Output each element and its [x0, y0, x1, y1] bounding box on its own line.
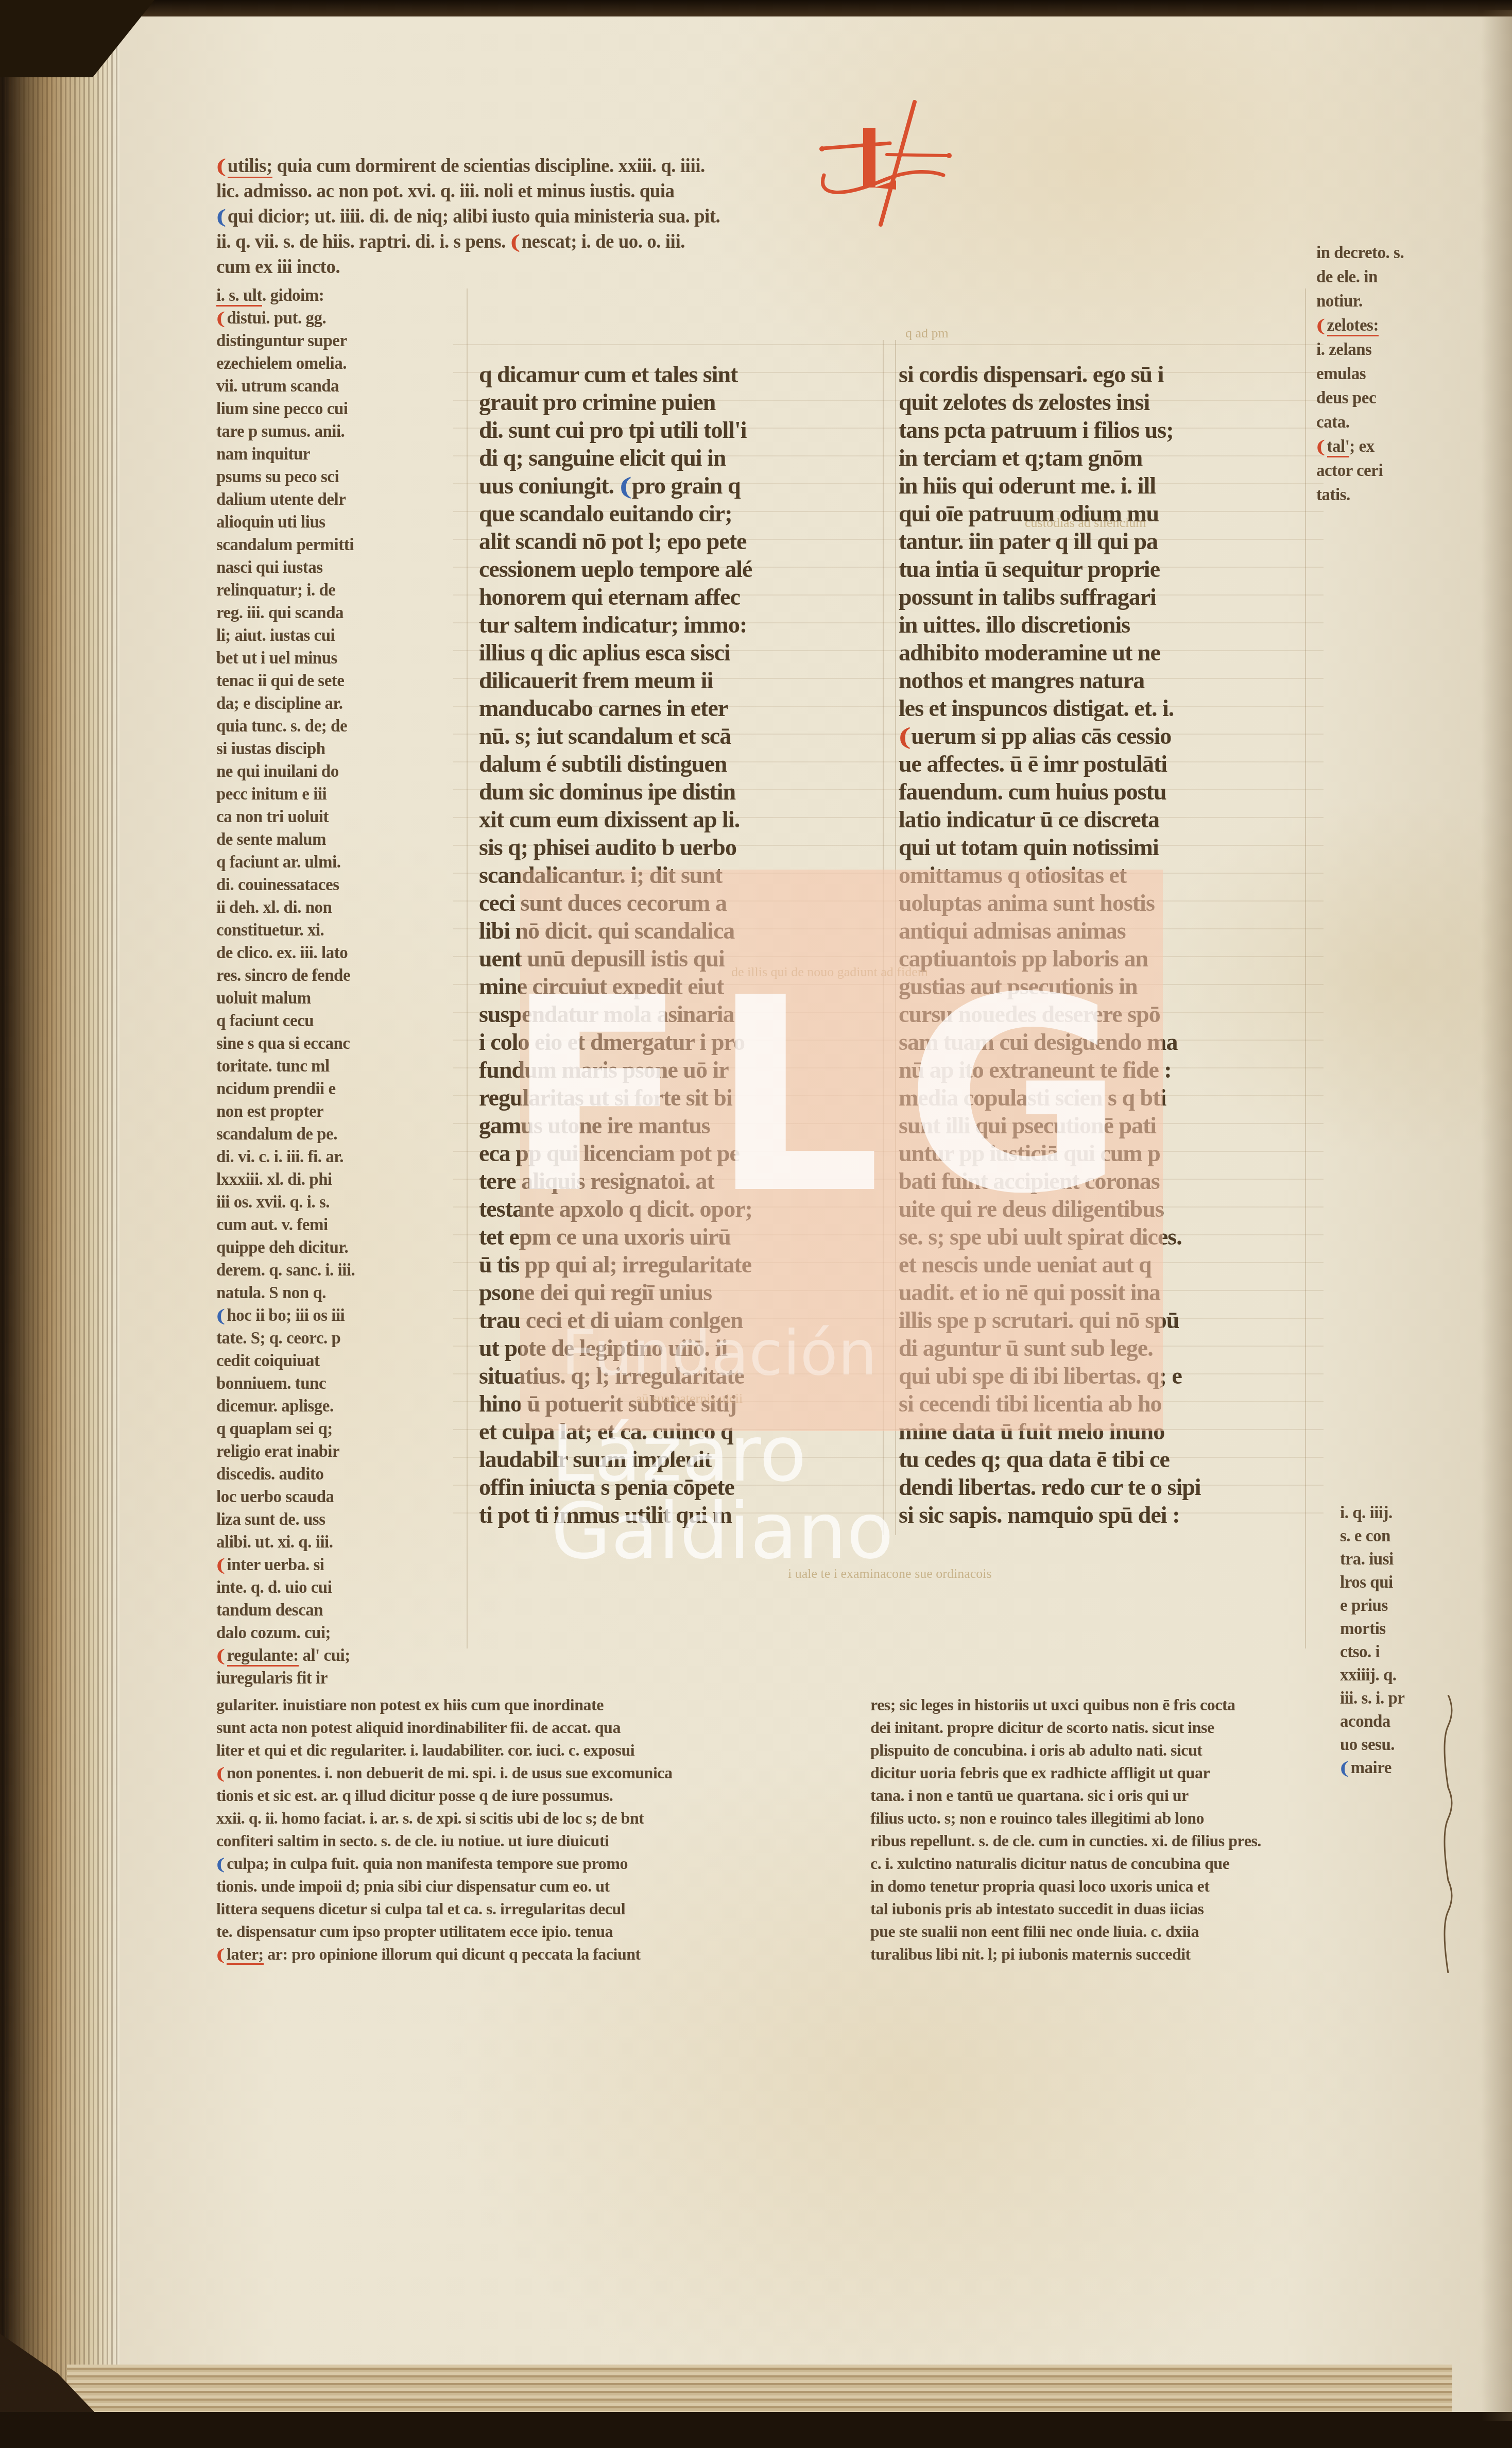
text-line: cata.	[1316, 411, 1509, 435]
text-line: liter et qui et dic regulariter. i. laud…	[216, 1739, 863, 1761]
text-line: (distui. put. gg.	[216, 307, 427, 330]
interlinear-annotation: custodias ad silencium	[1025, 515, 1146, 531]
text-line: q quaplam sei q;	[216, 1418, 427, 1440]
text-line: i. s. ult. gidoim:	[216, 284, 427, 307]
text-line: pue ste sualii non eent filii nec onde l…	[870, 1920, 1442, 1943]
text-line: c. i. xulctino naturalis dicitur natus d…	[870, 1852, 1442, 1875]
text-line: les et inspuncos distigat. et. i.	[899, 694, 1301, 722]
text-line: scandalicantur. i; dit sunt	[479, 861, 880, 889]
text-line: sis q; phisei audito b uerbo	[479, 834, 880, 861]
text-line: adhibito moderamine ut ne	[899, 639, 1301, 667]
text-line: ii. q. vii. s. de hiis. raptri. di. i. s…	[216, 229, 845, 254]
text-line: natula. S non q.	[216, 1282, 427, 1304]
text-line: in uittes. illo discretionis	[899, 611, 1301, 639]
text-line: latio indicatur ū ce discreta	[899, 806, 1301, 834]
marginal-annotation: i uale te i examinacone sue ordinacois	[788, 1566, 992, 1582]
text-line: si iustas disciph	[216, 738, 427, 760]
text-line: captiuantois pp laboris an	[899, 945, 1301, 973]
text-line: tur saltem indicatur; immo:	[479, 611, 880, 639]
manuscript-photo: (utilis; quia cum dormirent de scientias…	[0, 0, 1512, 2448]
marginal-annotation: de illis qui de nouo gadiunt ad fidem	[731, 964, 928, 980]
text-line: tal iubonis pris ab intestato succedit i…	[870, 1897, 1442, 1920]
text-line: lros qui	[1340, 1571, 1510, 1594]
text-line: tet epm ce una uxoris uirū	[479, 1223, 880, 1251]
bottom-gloss-right-block: res; sic leges in historiis ut uxci quib…	[870, 1693, 1442, 1965]
text-line: lic. admisso. ac non pot. xvi. q. iii. n…	[216, 179, 845, 204]
text-line: media copulasti scien s q bti	[899, 1084, 1301, 1112]
text-line: tatis.	[1316, 483, 1509, 507]
text-line: dum sic dominus ipe distin	[479, 778, 880, 806]
text-line: laudabilr suum impleuit	[479, 1446, 880, 1473]
text-line: nothos et mangres natura	[899, 667, 1301, 694]
text-line: res; sic leges in historiis ut uxci quib…	[870, 1693, 1442, 1716]
text-line: dei initant. propre dicitur de scorto na…	[870, 1716, 1442, 1739]
text-line: di. sunt cui pro tpi utili toll'i	[479, 416, 880, 444]
text-line: sine s qua si eccanc	[216, 1032, 427, 1055]
text-line: in decreto. s.	[1316, 241, 1509, 265]
text-line: vii. utrum scanda	[216, 375, 427, 398]
text-line: de sente malum	[216, 828, 427, 851]
left-margin-gloss-column: i. s. ult. gidoim:(distui. put. gg.disti…	[216, 284, 427, 1644]
text-line: derem. q. sanc. i. iii.	[216, 1259, 427, 1282]
text-line: non est propter	[216, 1100, 427, 1123]
text-line: notiur.	[1316, 290, 1509, 314]
text-line: in hiis qui oderunt me. i. ill	[899, 472, 1301, 500]
text-line: (uerum si pp alias cās cessio	[899, 722, 1301, 750]
text-line: actor ceri	[1316, 459, 1509, 483]
book-spine-page-edges	[0, 0, 119, 2448]
text-line: illius q dic aplius esca sisci	[479, 639, 880, 667]
text-line: dalium utente delr	[216, 488, 427, 511]
text-line: dendi libertas. redo cur te o sipi	[899, 1473, 1301, 1501]
text-line: (utilis; quia cum dormirent de scientias…	[216, 154, 845, 179]
text-line: si cecendi tibi licentia ab ho	[899, 1390, 1301, 1418]
text-line: ezechielem omelia.	[216, 352, 427, 375]
top-gloss-block: (utilis; quia cum dormirent de scientias…	[216, 154, 845, 280]
text-line: ctso. i	[1340, 1641, 1510, 1664]
text-line: ceci sunt duces cecorum a	[479, 889, 880, 917]
text-line: libi nō dicit. qui scandalica	[479, 917, 880, 945]
text-line: alit scandi nō pot l; epo pete	[479, 528, 880, 555]
text-line: di. couinessataces	[216, 874, 427, 896]
text-line: ti pot ti immus utilit qui m	[479, 1501, 880, 1529]
text-line: iii os. xvii. q. i. s.	[216, 1191, 427, 1214]
text-line: liza sunt de. uss	[216, 1508, 427, 1531]
page-edges-bottom	[67, 2365, 1452, 2418]
text-line: sunt illi qui psecutionē pati	[899, 1112, 1301, 1140]
text-line: nū. s; iut scandalum et scā	[479, 722, 880, 750]
text-line: (qui dicior; ut. iiii. di. de niq; alibi…	[216, 204, 845, 229]
ruling-vertical-line	[1305, 288, 1306, 1648]
text-line: i. q. iiij.	[1340, 1502, 1510, 1525]
text-line: uadit. et io nē qui possit ina	[899, 1279, 1301, 1306]
text-line: sunt acta non potest aliquid inordinabil…	[216, 1716, 863, 1739]
text-line: lium sine pecco cui	[216, 398, 427, 420]
text-line: uoluit malum	[216, 987, 427, 1010]
text-line: (regulante: al' cui;	[216, 1644, 433, 1667]
text-line: res. sincro de fende	[216, 964, 427, 987]
text-line: confiteri saltim in secto. s. de cle. iu…	[216, 1829, 863, 1852]
text-line: xxii. q. ii. homo faciat. i. ar. s. de x…	[216, 1807, 863, 1829]
text-line: te. dispensatur cum ipso propter utilita…	[216, 1920, 863, 1943]
bottom-gloss-left-short-lines: (regulante: al' cui;iuregularis fit ir	[216, 1644, 433, 1690]
text-line: grauit pro crimine puien	[479, 388, 880, 416]
text-line: uoluptas anima sunt hostis	[899, 889, 1301, 917]
text-line: cursu nouedes deserere spō	[899, 1000, 1301, 1028]
text-line: reg. iii. qui scanda	[216, 602, 427, 624]
text-line: distinguntur super	[216, 330, 427, 352]
text-line: uite qui re deus diligentibus	[899, 1195, 1301, 1223]
text-line: si cordis dispensari. ego sū i	[899, 361, 1301, 388]
text-line: di. vi. c. i. iii. fi. ar.	[216, 1146, 427, 1168]
text-line: tana. i non e tantū ue quartana. sic i o…	[870, 1784, 1442, 1807]
text-line: tandum descan	[216, 1599, 427, 1622]
text-line: de clico. ex. iii. lato	[216, 942, 427, 964]
text-line: trau ceci et di uiam conlgen	[479, 1306, 880, 1334]
text-line: se. s; spe ubi uult spirat dices.	[899, 1223, 1301, 1251]
text-line: gamus utone ire mantus	[479, 1112, 880, 1140]
text-line: scandalum de pe.	[216, 1123, 427, 1146]
text-line: li; aiut. iustas cui	[216, 624, 427, 647]
text-line: mortis	[1340, 1618, 1510, 1641]
text-line: deus pec	[1316, 386, 1509, 411]
text-line: qui ut totam quin notissimi	[899, 834, 1301, 861]
text-line: antiqui admisas animas	[899, 917, 1301, 945]
text-line: da; e discipline ar.	[216, 692, 427, 715]
text-line: ncidum prendii e	[216, 1078, 427, 1100]
book-cover-top-edge	[72, 0, 1512, 16]
text-line: bet ut i uel minus	[216, 647, 427, 670]
text-line: uus coniungit. (pro grain q	[479, 472, 880, 500]
text-line: offin iniucta s penia cōpete	[479, 1473, 880, 1501]
text-line: ū tis pp qui al; irregularitate	[479, 1251, 880, 1279]
text-line: in terciam et q;tam gnōm	[899, 444, 1301, 472]
text-line: tua intia ū sequitur proprie	[899, 555, 1301, 583]
main-text-left-column: q dicamur cum et tales sintgrauit pro cr…	[479, 361, 880, 1529]
text-line: (inter uerba. si	[216, 1554, 427, 1576]
ruling-vertical-line	[895, 340, 896, 1535]
text-line: cum ex iii incto.	[216, 254, 845, 280]
text-line: littera sequens dicetur si culpa tal et …	[216, 1897, 863, 1920]
text-line: ca non tri uoluit	[216, 806, 427, 828]
text-line: s. e con	[1340, 1525, 1510, 1548]
text-line: cessionem ueplo tempore alé	[479, 555, 880, 583]
text-line: loc uerbo scauda	[216, 1486, 427, 1508]
text-line: nam inquitur	[216, 443, 427, 466]
text-line: toritate. tunc ml	[216, 1055, 427, 1078]
text-line: illis spe p scrutari. qui nō spū	[899, 1306, 1301, 1334]
text-line: pecc initum e iii	[216, 783, 427, 806]
text-line: di aguntur ū sunt sub lege.	[899, 1334, 1301, 1362]
text-line: regularitas ut si forte sit bi	[479, 1084, 880, 1112]
text-line: dalo cozum. cui;	[216, 1622, 427, 1644]
text-line: que scandalo euitando cir;	[479, 500, 880, 528]
text-line: iuregularis fit ir	[216, 1667, 433, 1690]
text-line: constituetur. xi.	[216, 919, 427, 942]
text-line: scandalum permitti	[216, 534, 427, 556]
text-line: filius ucto. s; non e rouinco tales ille…	[870, 1807, 1442, 1829]
text-line: dilicauerit frem meum ii	[479, 667, 880, 694]
text-line: cedit coiquiuat	[216, 1350, 427, 1372]
text-line: de ele. in	[1316, 265, 1509, 290]
text-line: bati fuint accipient coronas	[899, 1167, 1301, 1195]
text-line: suspendatur mola asinaria	[479, 1000, 880, 1028]
text-line: cum aut. v. femi	[216, 1214, 427, 1236]
text-line: in domo tenetur propria quasi loco uxori…	[870, 1875, 1442, 1897]
text-line: gustias aut psecutionis in	[899, 973, 1301, 1000]
text-line: omittamus q otiositas et	[899, 861, 1301, 889]
text-line: tate. S; q. ceorc. p	[216, 1327, 427, 1350]
text-line: dicitur uoria febris que ex radhicte aff…	[870, 1761, 1442, 1784]
text-line: (hoc ii bo; iii os iii	[216, 1304, 427, 1327]
text-line: quippe deh dicitur.	[216, 1236, 427, 1259]
text-line: (non ponentes. i. non debuerit de mi. sp…	[216, 1761, 863, 1784]
text-line: tra. iusi	[1340, 1548, 1510, 1571]
text-line: nasci qui iustas	[216, 556, 427, 579]
text-line: et culpa lat; et ca. cuinco q	[479, 1418, 880, 1446]
text-line: et nescis unde ueniat aut q	[899, 1251, 1301, 1279]
main-text-right-column: si cordis dispensari. ego sū iquit zelot…	[899, 361, 1301, 1529]
text-line: ii deh. xl. di. non	[216, 896, 427, 919]
text-line: xxiiij. q.	[1340, 1664, 1510, 1687]
text-line: (zelotes:	[1316, 314, 1509, 338]
text-line: nū ap ito extraneunt te fide :	[899, 1056, 1301, 1084]
text-line: inte. q. d. uio cui	[216, 1576, 427, 1599]
text-line: (later; ar: pro opinione illorum qui dic…	[216, 1943, 863, 1965]
text-line: (tal'; ex	[1316, 435, 1509, 459]
text-line: sam tuam cui desiguendo ma	[899, 1028, 1301, 1056]
text-line: tare p sumus. anii.	[216, 420, 427, 443]
text-line: fauendum. cum huius postu	[899, 778, 1301, 806]
text-line: tantur. iin pater q ill qui pa	[899, 528, 1301, 555]
text-line: psone dei qui regiī unius	[479, 1279, 880, 1306]
text-line: quia tunc. s. de; de	[216, 715, 427, 738]
text-line: bonniuem. tunc	[216, 1372, 427, 1395]
text-line: q faciunt ar. ulmi.	[216, 851, 427, 874]
text-line: alibi. ut. xi. q. iii.	[216, 1531, 427, 1554]
book-cover-bottom-edge	[0, 2412, 1512, 2448]
text-line: i colo eio et dmergatur i pro	[479, 1028, 880, 1056]
text-line: psums su peco sci	[216, 466, 427, 488]
text-line: tu cedes q; qua data ē tibi ce	[899, 1446, 1301, 1473]
text-line: ne qui inuilani do	[216, 760, 427, 783]
text-line: q faciunt cecu	[216, 1010, 427, 1032]
text-line: tenac ii qui de sete	[216, 670, 427, 692]
text-line: religio erat inabir	[216, 1440, 427, 1463]
text-line: tionis et sic est. ar. q illud dicitur p…	[216, 1784, 863, 1807]
text-line: lxxxiii. xl. di. phi	[216, 1168, 427, 1191]
text-line: di q; sanguine elicit qui in	[479, 444, 880, 472]
text-line: testante apxolo q dicit. opor;	[479, 1195, 880, 1223]
text-line: quit zelotes ds zelostes insi	[899, 388, 1301, 416]
text-line: tans pcta patruum i filios us;	[899, 416, 1301, 444]
text-line: emulas	[1316, 362, 1509, 386]
ruling-vertical-line	[467, 288, 468, 1648]
text-line: e prius	[1340, 1594, 1510, 1618]
ruling-vertical-line	[883, 340, 884, 1535]
text-line: alioquin uti lius	[216, 511, 427, 534]
text-line: untur pp iusticiā qui cum p	[899, 1140, 1301, 1167]
text-line: mine data ū fuit melo inuno	[899, 1418, 1301, 1446]
interlinear-annotation: q ad pm	[905, 326, 949, 341]
text-line: si sic sapis. namquio spū dei :	[899, 1501, 1301, 1529]
right-margin-gloss-top: in decreto. s.de ele. innotiur.(zelotes:…	[1316, 241, 1509, 507]
text-line: dalum é subtili distinguen	[479, 750, 880, 778]
text-line: turalibus libi nit. l; pi iubonis matern…	[870, 1943, 1442, 1965]
text-line: manducabo carnes in eter	[479, 694, 880, 722]
interlinear-annotation: aū sua paternis uicii	[636, 1391, 743, 1406]
text-line: honorem qui eternam affec	[479, 583, 880, 611]
text-line: tionis. unde impoii d; pnia sibi ciur di…	[216, 1875, 863, 1897]
text-line: dicemur. aplisge.	[216, 1395, 427, 1418]
text-line: possunt in talibs suffragari	[899, 583, 1301, 611]
text-line: i. zelans	[1316, 338, 1509, 362]
text-line: ue affectes. ū ē imr postulāti	[899, 750, 1301, 778]
text-line: ut pote de legiptino uiiō. ii	[479, 1334, 880, 1362]
text-line: gulariter. inuistiare non potest ex hiis…	[216, 1693, 863, 1716]
text-line: xit cum eum dixissent ap li.	[479, 806, 880, 834]
text-line: q dicamur cum et tales sint	[479, 361, 880, 388]
text-line: eca pp qui licenciam pot pe	[479, 1140, 880, 1167]
text-line: tere aliquis resignatoi. at	[479, 1167, 880, 1195]
text-line: plispuito de concubina. i oris ab adulto…	[870, 1739, 1442, 1761]
text-line: situatius. q; l; irregularitate	[479, 1362, 880, 1390]
text-line: qui ubi spe di ibi libertas. q; e	[899, 1362, 1301, 1390]
gloss-bracket-squiggle	[1441, 1695, 1456, 1973]
text-line: ribus repellunt. s. de cle. cum in cunct…	[870, 1829, 1442, 1852]
text-line: (culpa; in culpa fuit. quia non manifest…	[216, 1852, 863, 1875]
text-line: discedis. audito	[216, 1463, 427, 1486]
text-line: relinquatur; i. de	[216, 579, 427, 602]
text-line: fundum maris psone uō ir	[479, 1056, 880, 1084]
bottom-gloss-left-block: gulariter. inuistiare non potest ex hiis…	[216, 1693, 863, 1965]
